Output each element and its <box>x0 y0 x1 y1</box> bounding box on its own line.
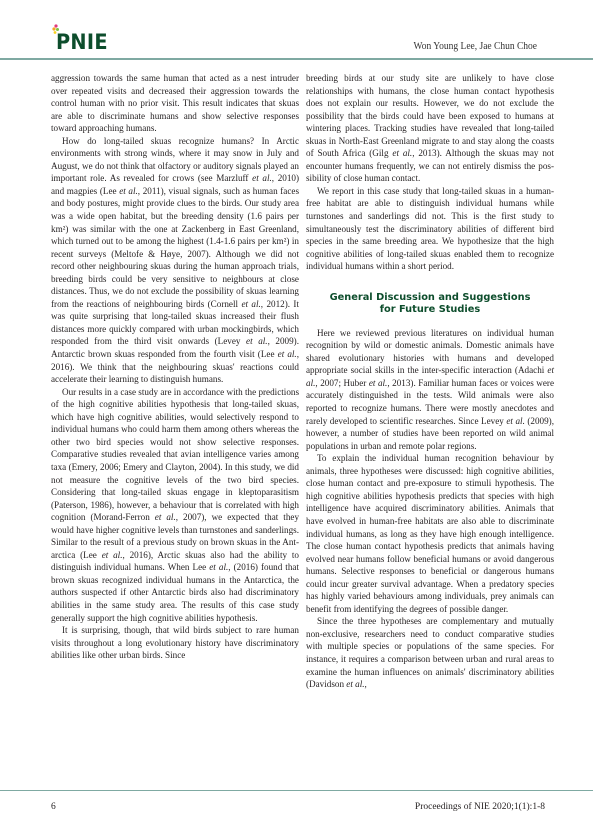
paragraph: aggression towards the same human that a… <box>51 72 299 135</box>
paragraph: breeding birds at our study site are unl… <box>306 72 554 185</box>
paragraph: Our results in a case study are in accor… <box>51 386 299 624</box>
left-column: aggression towards the same human that a… <box>51 72 299 662</box>
right-column: breeding birds at our study site are unl… <box>306 72 554 691</box>
section-heading-line1: General Discussion and Suggestions <box>306 292 554 304</box>
paragraph: How do long-tailed skuas recognize human… <box>51 135 299 386</box>
paragraph: It is surprising, though, that wild bird… <box>51 624 299 662</box>
paragraph: To explain the individual human recognit… <box>306 452 554 615</box>
page-number: 6 <box>51 802 56 812</box>
running-head-authors: Won Young Lee, Jae Chun Choe <box>413 41 537 52</box>
paragraph: We report in this case study that long-t… <box>306 185 554 273</box>
paragraph: Here we reviewed previous literatures on… <box>306 327 554 452</box>
section-heading-line2: for Future Studies <box>306 304 554 316</box>
paragraph: Since the three hypotheses are complemen… <box>306 615 554 690</box>
journal-citation: Proceedings of NIE 2020;1(1):1-8 <box>415 802 545 812</box>
header-rule <box>0 58 593 60</box>
page-header: PNIE Won Young Lee, Jae Chun Choe <box>0 0 593 54</box>
logo-text: PNIE <box>56 30 108 54</box>
section-heading: General Discussion and Suggestions for F… <box>306 292 554 316</box>
footer-rule <box>0 790 593 791</box>
